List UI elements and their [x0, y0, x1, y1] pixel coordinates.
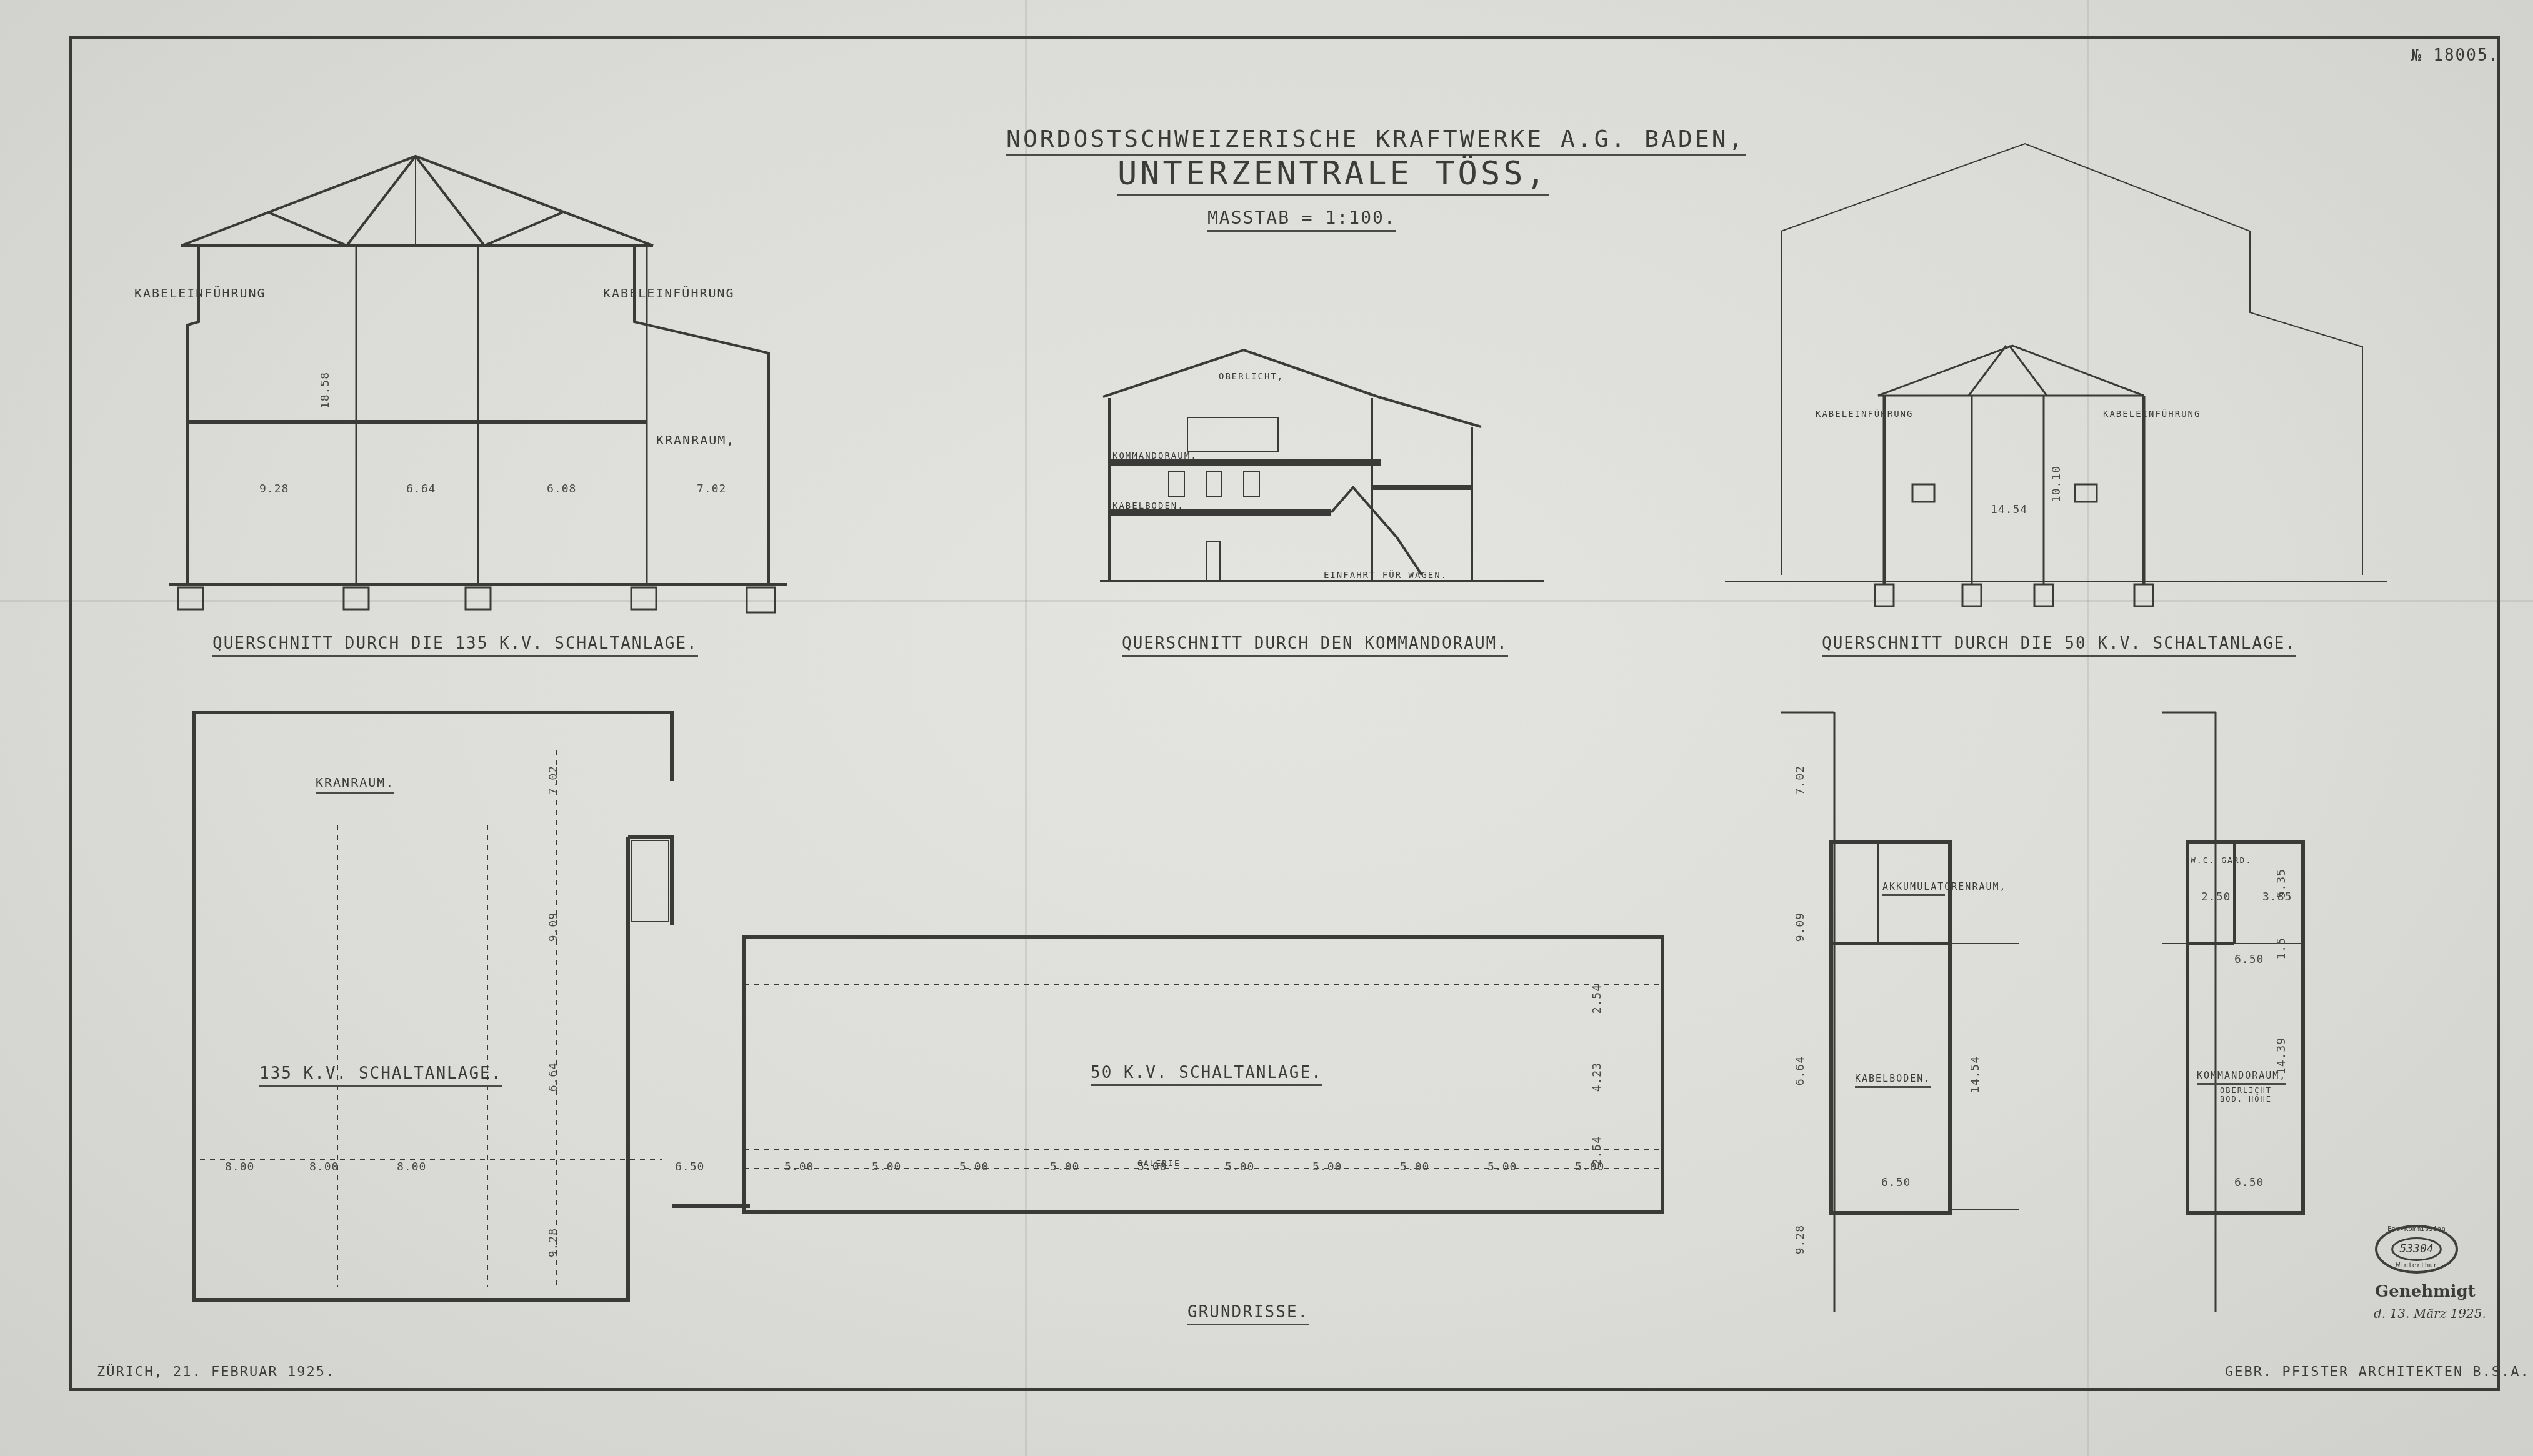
dimension: 5.00	[784, 1160, 814, 1174]
architects: Gebr. Pfister Architekten B.S.A.	[2225, 1364, 2530, 1380]
dimension: 4.23	[1591, 1062, 1604, 1092]
crane-room-plan-label: Kranraum.	[316, 775, 394, 794]
dimension: 5.00	[1312, 1160, 1342, 1174]
dimension: 14.54	[1969, 1056, 1982, 1093]
dimension: 14.39	[2275, 1037, 2288, 1074]
section-50kv-caption: Querschnitt durch die 50 K.V. Schaltanla…	[1822, 634, 2296, 657]
cable-entry-label: Kabeleinführung	[1816, 409, 1913, 419]
command-room-plan-label: Kommandoraum,	[2197, 1070, 2286, 1085]
plan-135kv-drawing	[194, 712, 750, 1300]
dimension: 2.50	[2201, 890, 2231, 904]
dimension: 10.10	[2050, 466, 2063, 502]
dimension: 6.08	[547, 482, 576, 496]
dimension: 6.64	[547, 1062, 560, 1092]
dimension: 6.64	[1794, 1056, 1807, 1085]
plan-command-floor-drawing	[2162, 712, 2303, 1312]
dimension: 8.00	[225, 1160, 254, 1174]
dimension: 14.54	[1991, 503, 2027, 516]
driveway-label: Einfahrt für Wagen.	[1324, 571, 1447, 581]
dimension: 5.00	[1225, 1160, 1254, 1174]
section-135kv-drawing	[169, 156, 787, 612]
dimension: 18.58	[319, 372, 332, 409]
cable-entry-label: Kabeleinführung	[134, 286, 266, 301]
dimension: 2.54	[1591, 984, 1604, 1014]
dimension: 6.50	[1881, 1176, 1911, 1189]
dimension: 5.00	[872, 1160, 901, 1174]
command-room-label: Kommandoraum,	[1112, 451, 1197, 461]
dimension: 6.50	[2234, 953, 2264, 966]
dimension: 7.02	[1794, 765, 1807, 795]
wc-label: W.C. Gard.	[2191, 856, 2252, 865]
dimension: 1.5	[2275, 937, 2288, 960]
dimension: 9.09	[547, 912, 560, 942]
drawing-linework	[0, 0, 2533, 1456]
dimension: 9.28	[547, 1228, 560, 1257]
dimension: 7.02	[697, 482, 726, 496]
dimension: 5.00	[1050, 1160, 1079, 1174]
dimension: 6.50	[675, 1160, 704, 1174]
plan-cable-floor-drawing	[1781, 712, 2019, 1312]
stamp-number: 53304	[2391, 1237, 2442, 1261]
dimension: 5.00	[959, 1160, 989, 1174]
hall-135kv-label: 135 K.V. Schaltanlage.	[259, 1064, 502, 1087]
dimension: 6.64	[406, 482, 436, 496]
plans-caption: Grundrisse.	[1187, 1303, 1309, 1325]
dimension: 7.02	[547, 765, 560, 795]
dimension: 5.00	[1137, 1160, 1167, 1174]
stamp-ring-text: Bau-Kommission	[2377, 1225, 2456, 1233]
dimension: 5.35	[2275, 869, 2288, 898]
cable-floor-label: Kabelboden,	[1112, 501, 1184, 511]
dimension: 8.00	[309, 1160, 339, 1174]
place-date: Zürich, 21. Februar 1925.	[97, 1364, 335, 1380]
crane-room-label: Kranraum,	[656, 432, 735, 447]
approval-stamp: Bau-Kommission 53304 Winterthur	[2375, 1225, 2458, 1274]
dimension: 9.28	[1794, 1225, 1807, 1254]
cable-entry-label: Kabeleinführung	[2103, 409, 2201, 419]
blueprint-sheet: Nordostschweizerische Kraftwerke A.G. Ba…	[0, 0, 2533, 1456]
dimension: 9.28	[259, 482, 289, 496]
hall-50kv-label: 50 K.V. Schaltanlage.	[1091, 1064, 1322, 1086]
section-command-caption: Querschnitt durch den Kommandoraum.	[1122, 634, 1508, 657]
cable-entry-label: Kabeleinführung	[603, 286, 735, 301]
stamp-ring-text: Winterthur	[2377, 1261, 2456, 1269]
dimension: 5.00	[1487, 1160, 1517, 1174]
section-50kv-drawing	[1725, 144, 2387, 606]
dimension: 8.00	[397, 1160, 426, 1174]
dimension: 5.00	[1400, 1160, 1429, 1174]
dimension: 9.09	[1794, 912, 1807, 942]
section-command-drawing	[1100, 350, 1544, 581]
dimension: 2.54	[1591, 1136, 1604, 1165]
approved-date: d. 13. März 1925.	[2374, 1306, 2486, 1321]
skylight-label: Oberlicht,	[1219, 372, 1284, 382]
skylight-plan-label: Oberlicht Bod. Höhe	[2220, 1086, 2276, 1104]
approved-label: Genehmigt	[2375, 1282, 2476, 1301]
accumulator-room-label: Akkumulatorenraum,	[1882, 881, 1945, 896]
section-135kv-caption: Querschnitt durch die 135 K.V. Schaltanl…	[212, 634, 698, 657]
cable-floor-plan-label: Kabelboden.	[1855, 1073, 1931, 1088]
dimension: 6.50	[2234, 1176, 2264, 1189]
